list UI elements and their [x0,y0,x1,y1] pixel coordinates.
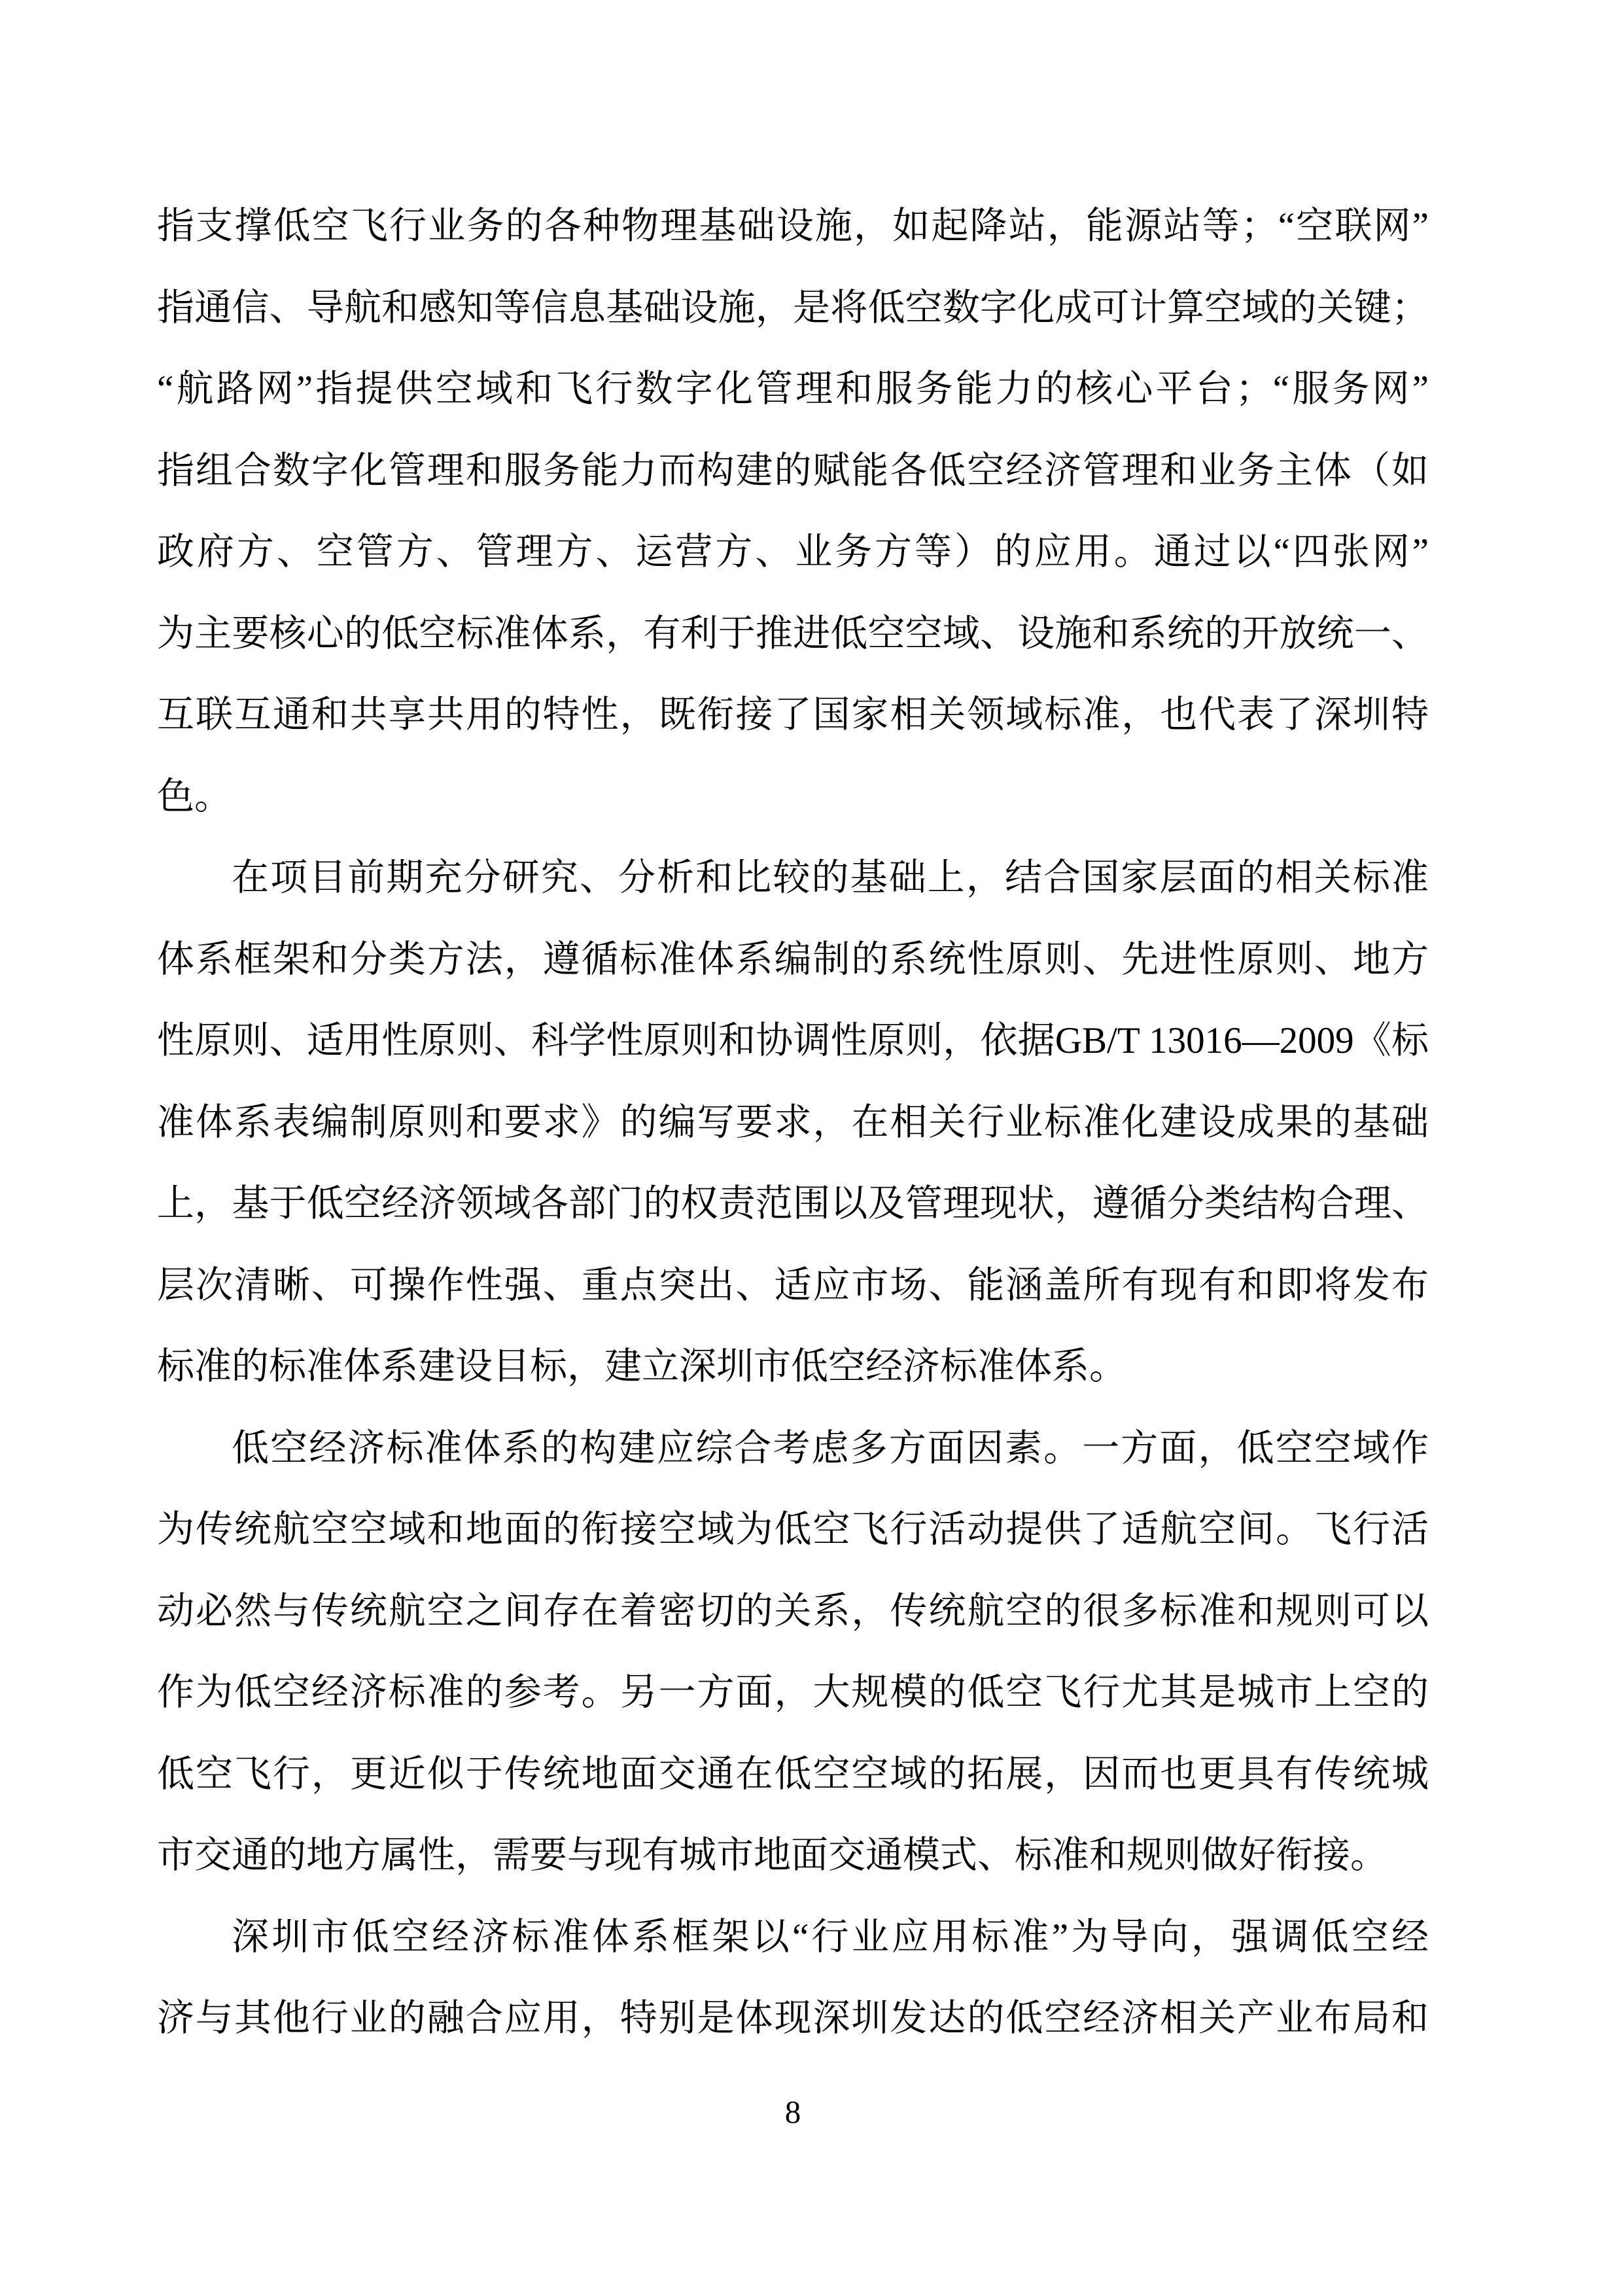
document-page: { "page": { "number": "8" }, "paragraphs… [0,0,1623,2296]
text-line: 指组合数字化管理和服务能力而构建的赋能各低空经济管理和业务主体（如 [157,431,1429,512]
text-line: 低空飞行，更近似于传统地面交通在低空空域的拓展，因而也更具有传统城 [157,1734,1429,1816]
text-line: 济与其他行业的融合应用，特别是体现深圳发达的低空经济相关产业布局和 [157,1978,1429,2060]
text-line: 性原则、适用性原则、科学性原则和协调性原则，依据GB/T 13016—2009《… [157,1000,1429,1082]
paragraph: 低空经济标准体系的构建应综合考虑多方面因素。一方面，低空空域作为传统航空空域和地… [157,1408,1429,1897]
page-number: 8 [157,2089,1429,2135]
text-line: 体系框架和分类方法，遵循标准体系编制的系统性原则、先进性原则、地方 [157,919,1429,1001]
text-line: 深圳市低空经济标准体系框架以“行业应用标准”为导向，强调低空经 [157,1897,1429,1979]
text-line: 标准的标准体系建设目标，建立深圳市低空经济标准体系。 [157,1326,1429,1408]
text-block: 指支撑低空飞行业务的各种物理基础设施，如起降站，能源站等；“空联网”指通信、导航… [157,186,1429,2060]
text-line: 互联互通和共享共用的特性，既衔接了国家相关领域标准，也代表了深圳特 [157,675,1429,756]
text-line: 低空经济标准体系的构建应综合考虑多方面因素。一方面，低空空域作 [157,1408,1429,1490]
text-line: 层次清晰、可操作性强、重点突出、适应市场、能涵盖所有现有和即将发布 [157,1245,1429,1327]
text-line: 为传统航空空域和地面的衔接空域为低空飞行活动提供了适航空间。飞行活 [157,1489,1429,1571]
text-line: 指支撑低空飞行业务的各种物理基础设施，如起降站，能源站等；“空联网” [157,186,1429,268]
text-line: 动必然与传统航空之间存在着密切的关系，传统航空的很多标准和规则可以 [157,1571,1429,1653]
paragraph: 在项目前期充分研究、分析和比较的基础上，结合国家层面的相关标准体系框架和分类方法… [157,838,1429,1408]
paragraph: 深圳市低空经济标准体系框架以“行业应用标准”为导向，强调低空经济与其他行业的融合… [157,1897,1429,2060]
text-line: 作为低空经济标准的参考。另一方面，大规模的低空飞行尤其是城市上空的 [157,1652,1429,1734]
text-line: “航路网”指提供空域和飞行数字化管理和服务能力的核心平台；“服务网” [157,349,1429,431]
text-line: 上，基于低空经济领域各部门的权责范围以及管理现状，遵循分类结构合理、 [157,1163,1429,1245]
text-line: 色。 [157,756,1429,838]
text-line: 准体系表编制原则和要求》的编写要求，在相关行业标准化建设成果的基础 [157,1082,1429,1164]
paragraph: 指支撑低空飞行业务的各种物理基础设施，如起降站，能源站等；“空联网”指通信、导航… [157,186,1429,838]
text-line: 为主要核心的低空标准体系，有利于推进低空空域、设施和系统的开放统一、 [157,593,1429,675]
text-line: 政府方、空管方、管理方、运营方、业务方等）的应用。通过以“四张网” [157,512,1429,593]
text-line: 指通信、导航和感知等信息基础设施，是将低空数字化成可计算空域的关键； [157,268,1429,349]
text-line: 在项目前期充分研究、分析和比较的基础上，结合国家层面的相关标准 [157,838,1429,919]
text-line: 市交通的地方属性，需要与现有城市地面交通模式、标准和规则做好衔接。 [157,1815,1429,1897]
